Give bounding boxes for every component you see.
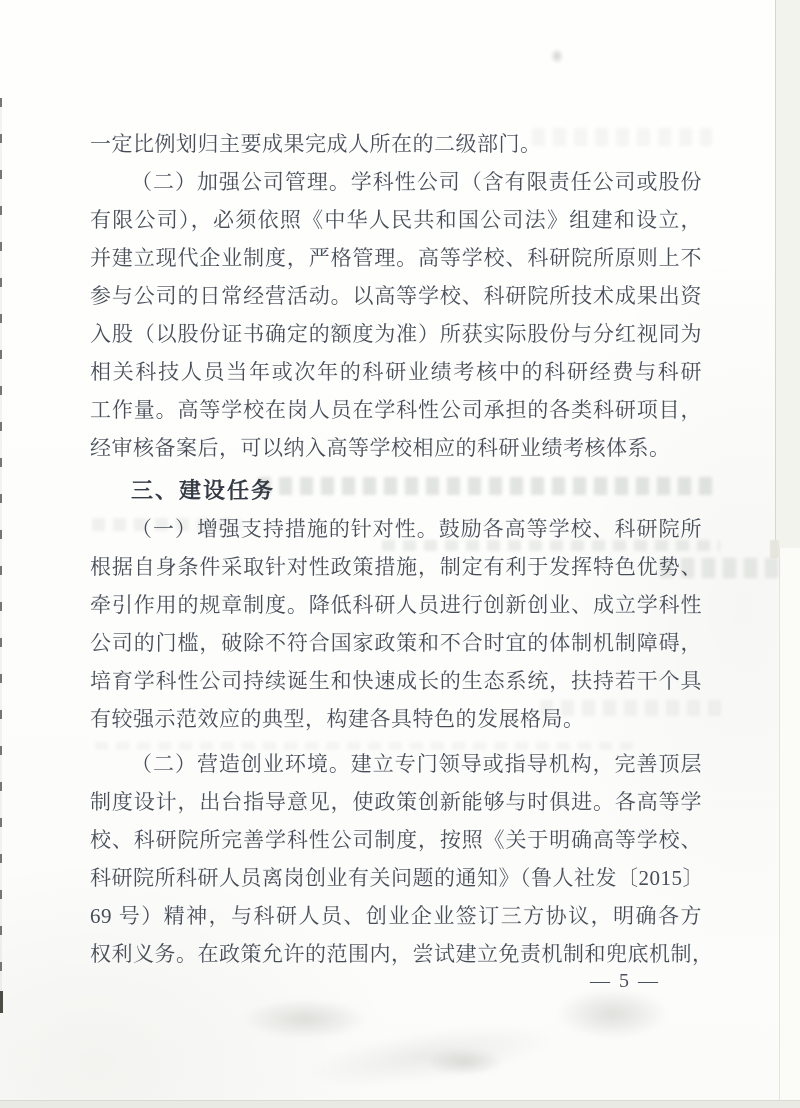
body-line: 并建立现代企业制度，严格管理。高等学校、科研院所原则上不 [90,239,702,277]
body-line: 69 号）精神，与科研人员、创业企业签订三方协议，明确各方 [90,897,702,935]
scanner-edge-mark [0,991,3,1013]
page-edge-step [770,540,779,558]
body-line: 牵引作用的规章制度。降低科研人员进行创新创业、成立学科性 [90,586,702,624]
scanner-edge-left [0,98,2,1013]
body-line: 公司的门槛，破除不符合国家政策和不合时宜的体制机制障碍， [90,624,702,662]
body-line: 科研院所科研人员离岗创业有关问题的通知》（鲁人社发〔2015〕 [90,859,702,897]
body-line: 一定比例划归主要成果完成人所在的二级部门。 [90,125,702,163]
body-line: 相关科技人员当年或次年的科研业绩考核中的科研经费与科研 [90,353,702,391]
scan-speck [550,48,564,64]
scanned-page: 一定比例划归主要成果完成人所在的二级部门。 （二）加强公司管理。学科性公司（含有… [0,0,800,1108]
body-line: （二）加强公司管理。学科性公司（含有限责任公司或股份 [90,163,702,201]
body-line: 权利义务。在政策允许的范围内，尝试建立免责机制和兜底机制， [90,935,702,973]
body-line: 入股（以股份证书确定的额度为准）所获实际股份与分红视同为 [90,315,702,353]
section-heading: 三、建设任务 [90,472,702,510]
page-edge-right-upper [775,0,800,548]
body-line: 经审核备案后，可以纳入高等学校相应的科研业绩考核体系。 [90,429,702,467]
body-line: 工作量。高等学校在岗人员在学科性公司承担的各类科研项目， [90,391,702,429]
body-line: 根据自身条件采取针对性政策措施，制定有利于发挥特色优势、 [90,548,702,586]
page-number: — 5 — [590,970,660,993]
body-line: 参与公司的日常经营活动。以高等学校、科研院所技术成果出资 [90,277,702,315]
body-line: 校、科研院所完善学科性公司制度，按照《关于明确高等学校、 [90,821,702,859]
body-line: 有较强示范效应的典型，构建各具特色的发展格局。 [90,700,702,738]
body-line: （一）增强支持措施的针对性。鼓励各高等学校、科研院所 [90,510,702,548]
page-body-text: 一定比例划归主要成果完成人所在的二级部门。 （二）加强公司管理。学科性公司（含有… [90,125,702,973]
smudge-mark [425,1048,505,1076]
body-line: （二）营造创业环境。建立专门领导或指导机构，完善顶层 [90,745,702,783]
body-line: 制度设计，出台指导意见，使政策创新能够与时俱进。各高等学 [90,783,702,821]
page-edge-right-lower [779,548,800,1108]
smudge-mark [555,988,670,1040]
body-line: 培育学科性公司持续诞生和快速成长的生态系统，扶持若干个具 [90,662,702,700]
smudge-mark [240,998,370,1040]
scanner-edge-bottom [0,1100,800,1108]
body-line: 有限公司），必须依照《中华人民共和国公司法》组建和设立， [90,201,702,239]
